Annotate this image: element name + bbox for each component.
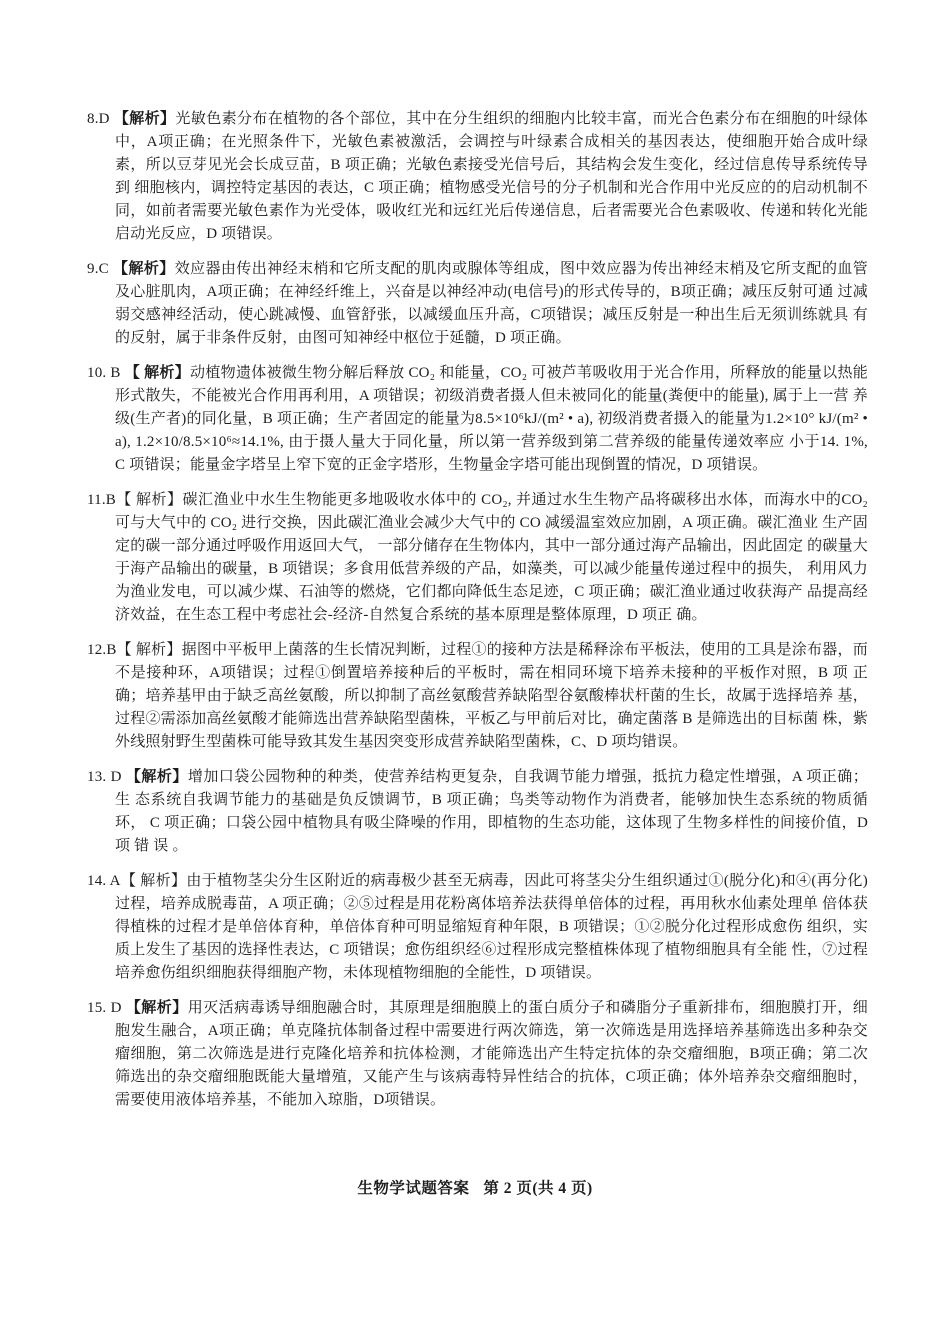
page-footer: 生物学试题答案第 2 页(共 4 页) [0,1176,950,1198]
answer-item-14: 14. A【 解析】由于植物茎尖分生区附近的病毒极少甚至无病毒，因此可将茎尖分生… [87,870,868,985]
answer-item-15: 15. D 【解析】用灭活病毒诱导细胞融合时，其原理是细胞膜上的蛋白质分子和磷脂… [87,997,868,1112]
answer-item-9: 9.C 【解析】效应器由传出神经末梢和它所支配的肌肉或腺体等组成，图中效应器为传… [87,258,868,350]
question-number-answer: 10. B [87,365,125,381]
question-number-answer: 9.C [87,261,113,277]
footer-doc-title: 生物学试题答案 [357,1180,469,1197]
analysis-text: 据图中平板甲上菌落的生长情况判断，过程①的接种方法是稀释涂布平板法，使用的工具是… [115,642,868,750]
question-number-answer: 15. D [87,1000,126,1016]
analysis-text: 动植物遗体被微生物分解后释放 CO₂ 和能量，CO₂ 可被芦苇吸收用于光合作用，… [115,365,868,473]
analysis-text: 效应器由传出神经末梢和它所支配的肌肉或腺体等组成，图中效应器为传出神经末梢及它所… [115,261,868,346]
analysis-text: 增加口袋公园物种的种类，使营养结构更复杂，自我调节能力增强，抵抗力稳定性增强，A… [115,769,868,854]
answer-item-10: 10. B 【 解析】动植物遗体被微生物分解后释放 CO₂ 和能量，CO₂ 可被… [87,362,868,477]
analysis-text: 碳汇渔业中水生生物能更多地吸收水体中的 CO₂, 并通过水生生物产品将碳移出水体… [115,492,868,623]
answer-item-8: 8.D 【解析】光敏色素分布在植物的各个部位，其中在分生组织的细胞内比较丰富，而… [87,108,868,246]
analysis-text: 用灭活病毒诱导细胞融合时，其原理是细胞膜上的蛋白质分子和磷脂分子重新排布，细胞膜… [115,1000,868,1108]
answer-item-11: 11.B【 解析】碳汇渔业中水生生物能更多地吸收水体中的 CO₂, 并通过水生生… [87,489,868,627]
question-number-answer: 13. D [87,769,126,785]
analysis-label: 【 解析】 [121,873,187,889]
question-number-answer: 8.D [87,111,114,127]
answer-item-12: 12.B【 解析】据图中平板甲上菌落的生长情况判断，过程①的接种方法是稀释涂布平… [87,639,868,754]
footer-page-number: 第 2 页(共 4 页) [483,1180,592,1197]
analysis-label: 【解析】 [126,769,188,785]
analysis-label: 【解析】 [126,1000,188,1016]
question-number-answer: 14. A [87,873,121,889]
question-number-answer: 11.B [87,492,116,508]
analysis-text: 由于植物茎尖分生区附近的病毒极少甚至无病毒，因此可将茎尖分生组织通过①(脱分化)… [115,873,868,981]
answer-item-13: 13. D 【解析】增加口袋公园物种的种类，使营养结构更复杂，自我调节能力增强，… [87,766,868,858]
analysis-label: 【 解析】 [125,365,190,381]
analysis-text: 光敏色素分布在植物的各个部位，其中在分生组织的细胞内比较丰富，而光合色素分布在细… [115,111,868,242]
analysis-label: 【解析】 [114,111,176,127]
analysis-label: 【解析】 [113,261,175,277]
analysis-label: 【 解析】 [117,642,182,658]
answers-list: 8.D 【解析】光敏色素分布在植物的各个部位，其中在分生组织的细胞内比较丰富，而… [87,108,868,1124]
exam-answer-page: 8.D 【解析】光敏色素分布在植物的各个部位，其中在分生组织的细胞内比较丰富，而… [0,0,950,1344]
analysis-label: 【 解析】 [116,492,183,508]
question-number-answer: 12.B [87,642,117,658]
